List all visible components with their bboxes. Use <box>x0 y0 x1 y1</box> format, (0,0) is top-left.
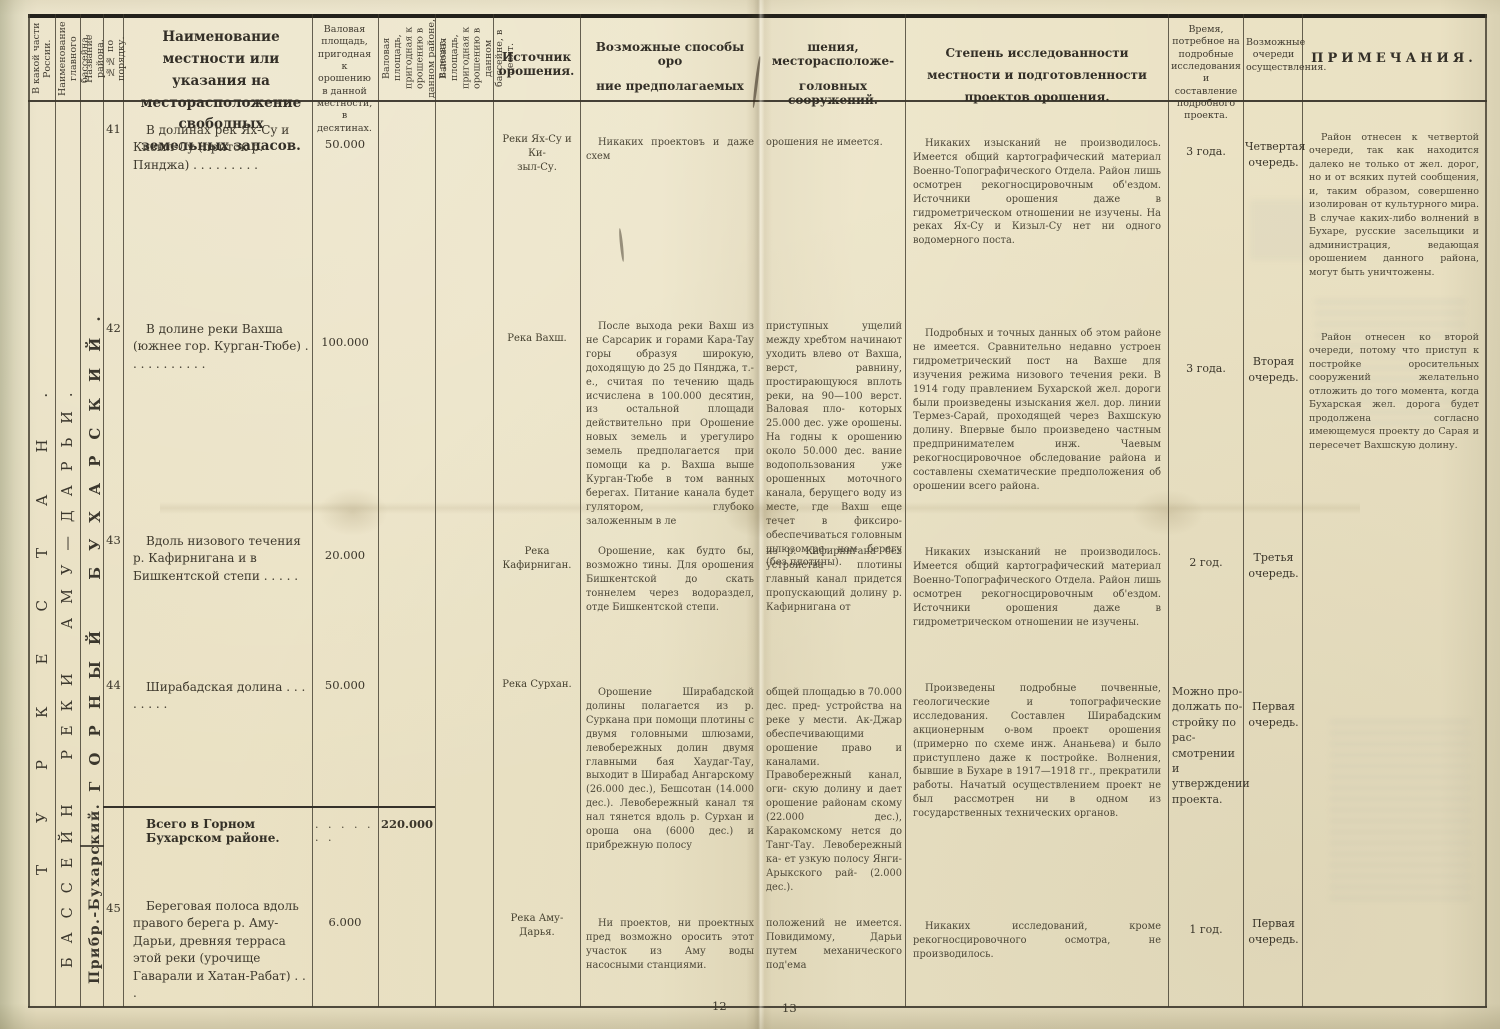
header-area-district: Валовая площадь, пригодная к орошению в … <box>381 18 433 98</box>
row-number: 42 <box>104 321 123 335</box>
row-priority: Четвертая очередь. <box>1245 139 1302 171</box>
header-methods-left-line2: ние предполагаемых <box>584 79 756 93</box>
row-priority: Третья очередь. <box>1245 550 1302 582</box>
row-methods-right: положений не имеется. Повидимому, Дарьи … <box>766 917 902 973</box>
sidebar-district-pribr-bukharsky: Прибр.-Бухарский. <box>87 852 103 984</box>
row-methods-left: Орошение Ширабадской долины полагается и… <box>586 686 754 853</box>
col-line <box>493 14 494 1007</box>
total-dots: . . . . . . . <box>315 818 377 844</box>
header-methods-right-line2: головных сооружений. <box>763 79 903 107</box>
col-line <box>55 14 56 1007</box>
row-area: 20.000 <box>313 548 377 562</box>
col-line <box>312 14 313 1007</box>
row-source: Реки Ях-Су и Ки- зыл-Су. <box>495 133 579 175</box>
row-methods-right: приступных ущелий между хребтом начинают… <box>766 320 902 570</box>
total-row-rule <box>103 806 435 808</box>
row-methods-left: После выхода реки Вахш из не Сарсарик и … <box>586 320 754 529</box>
total-value: 220.000 <box>379 817 435 831</box>
table-border-right <box>1485 14 1487 1007</box>
header-methods-right-line1: шения, месторасположе- <box>763 40 903 68</box>
header-methods-left-line1: Возможные способы оро <box>584 40 756 68</box>
row-research: Никаких изысканий не производилось. Имее… <box>913 546 1161 629</box>
col-line <box>1302 14 1303 1007</box>
header-notes: ПРИМЕЧАНИЯ. <box>1306 51 1482 66</box>
row-research: Произведены подробные почвенные, геологи… <box>913 682 1161 821</box>
row-time: Можно про- должать по- стройку по рас- с… <box>1172 684 1244 807</box>
header-region-part: В какой части России. <box>31 20 54 97</box>
row-priority: Вторая очередь. <box>1245 354 1302 386</box>
row-locality: Ширабадская долина . . . . . . . . <box>133 679 310 714</box>
row-priority: Первая очередь. <box>1245 699 1302 731</box>
row-research: Никаких исследований, кроме рекогносциро… <box>913 920 1161 962</box>
header-methods-left: Возможные способы оро ние предполагаемых <box>584 40 756 93</box>
sidebar-basin-amu-darya: БАССЕЙН РЕКИ АМУ—ДАРЬИ. <box>60 182 76 968</box>
row-source: Река Кафирниган. <box>495 545 579 573</box>
row-number: 43 <box>104 533 123 547</box>
row-area: 6.000 <box>313 915 377 929</box>
row-time: 2 год. <box>1170 556 1242 569</box>
col-line <box>905 14 906 1007</box>
row-notes: Район отнесен ко второй очереди, потому … <box>1309 331 1479 452</box>
horizontal-crease <box>160 502 1360 514</box>
row-time: 3 года. <box>1170 145 1242 158</box>
page-number-right: 13 <box>782 1001 797 1015</box>
header-area-basin: Валовая площадь, пригодная к орошению в … <box>438 18 490 98</box>
row-methods-left: Орошение, как будто бы, возможно тины. Д… <box>586 545 754 615</box>
col-line <box>123 14 124 1007</box>
total-label: Всего в Горном Бухарском районе. <box>146 817 318 845</box>
row-research: Подробных и точных данных об этом районе… <box>913 327 1161 494</box>
header-priority: Возможные очереди осуществления. <box>1246 37 1301 74</box>
row-methods-right: орошения не имеется. <box>766 136 902 150</box>
row-time: 3 года. <box>1170 362 1242 375</box>
row-locality: В долинах рек Ях-Су и Кизыл-Су (приток р… <box>133 122 310 174</box>
col-line <box>580 14 581 1007</box>
sidebar-region-turkestan: ТУРКЕСТАН. <box>33 235 51 875</box>
col-line <box>80 14 81 1007</box>
header-area-locality: Валовая площадь, пригодная к орошению в … <box>314 24 375 135</box>
header-source: Источник орошения. <box>495 50 578 78</box>
bleed-through-text <box>1250 200 1310 260</box>
header-research: Степень исследованности местности и подг… <box>912 42 1162 109</box>
row-methods-left: Ни проектов, ни проектных пред возможно … <box>586 917 754 973</box>
row-number: 41 <box>104 122 123 136</box>
row-source: Река Аму-Дарья. <box>495 912 579 940</box>
row-locality: В долине реки Вахша (южнее гор. Курган-Т… <box>133 321 310 373</box>
table-border-left <box>28 14 30 1007</box>
row-time: 1 год. <box>1170 923 1242 936</box>
header-time: Время, потребное на подробные исследован… <box>1171 24 1241 123</box>
row-methods-right: общей площадью в 70.000 дес. пред- устро… <box>766 686 902 895</box>
fold-ink-mark <box>618 228 625 262</box>
row-notes: Район отнесен к четвертой очереди, так к… <box>1309 131 1479 279</box>
table-border-bottom <box>28 1006 1487 1008</box>
col-line <box>1243 14 1244 1007</box>
row-research: Никаких изысканий не производилось. Имее… <box>913 137 1161 248</box>
header-district: Название района. <box>84 20 102 97</box>
scanned-document-page: В какой части России. Наименование главн… <box>0 0 1500 1029</box>
header-main-basin: Наименование главного бассейна. <box>57 19 79 98</box>
col-line <box>378 14 379 1007</box>
row-source: Река Вахш. <box>495 332 579 346</box>
row-area: 50.000 <box>313 678 377 692</box>
row-source: Река Сурхан. <box>495 678 579 692</box>
page-number-left: 12 <box>712 999 727 1013</box>
left-edge-shadow <box>0 0 26 1029</box>
row-number: 44 <box>104 678 123 692</box>
table-border-top <box>28 14 1487 18</box>
row-methods-right: из р. Кафирнигана без устройства плотины… <box>766 545 902 615</box>
col-line <box>435 14 436 1007</box>
row-locality: Береговая полоса вдоль правого берега р.… <box>133 898 310 1002</box>
header-methods-right: шения, месторасположе- головных сооружен… <box>763 40 903 107</box>
header-order-no: №№ по порядку. <box>105 20 122 97</box>
row-number: 45 <box>104 901 123 915</box>
row-area: 100.000 <box>313 335 377 349</box>
bleed-through-text <box>1330 720 1470 900</box>
row-locality: Вдоль низового течения р. Кафирнигана и … <box>133 533 310 585</box>
row-area: 50.000 <box>313 137 377 151</box>
row-priority: Первая очередь. <box>1245 916 1302 948</box>
sidebar-district-gorny-bukharsky: ГОРНЫЙ БУХАРСКИЙ. <box>86 192 104 792</box>
col-line <box>1168 14 1169 1007</box>
row-methods-left: Никаких проектовъ и даже схем <box>586 136 754 164</box>
